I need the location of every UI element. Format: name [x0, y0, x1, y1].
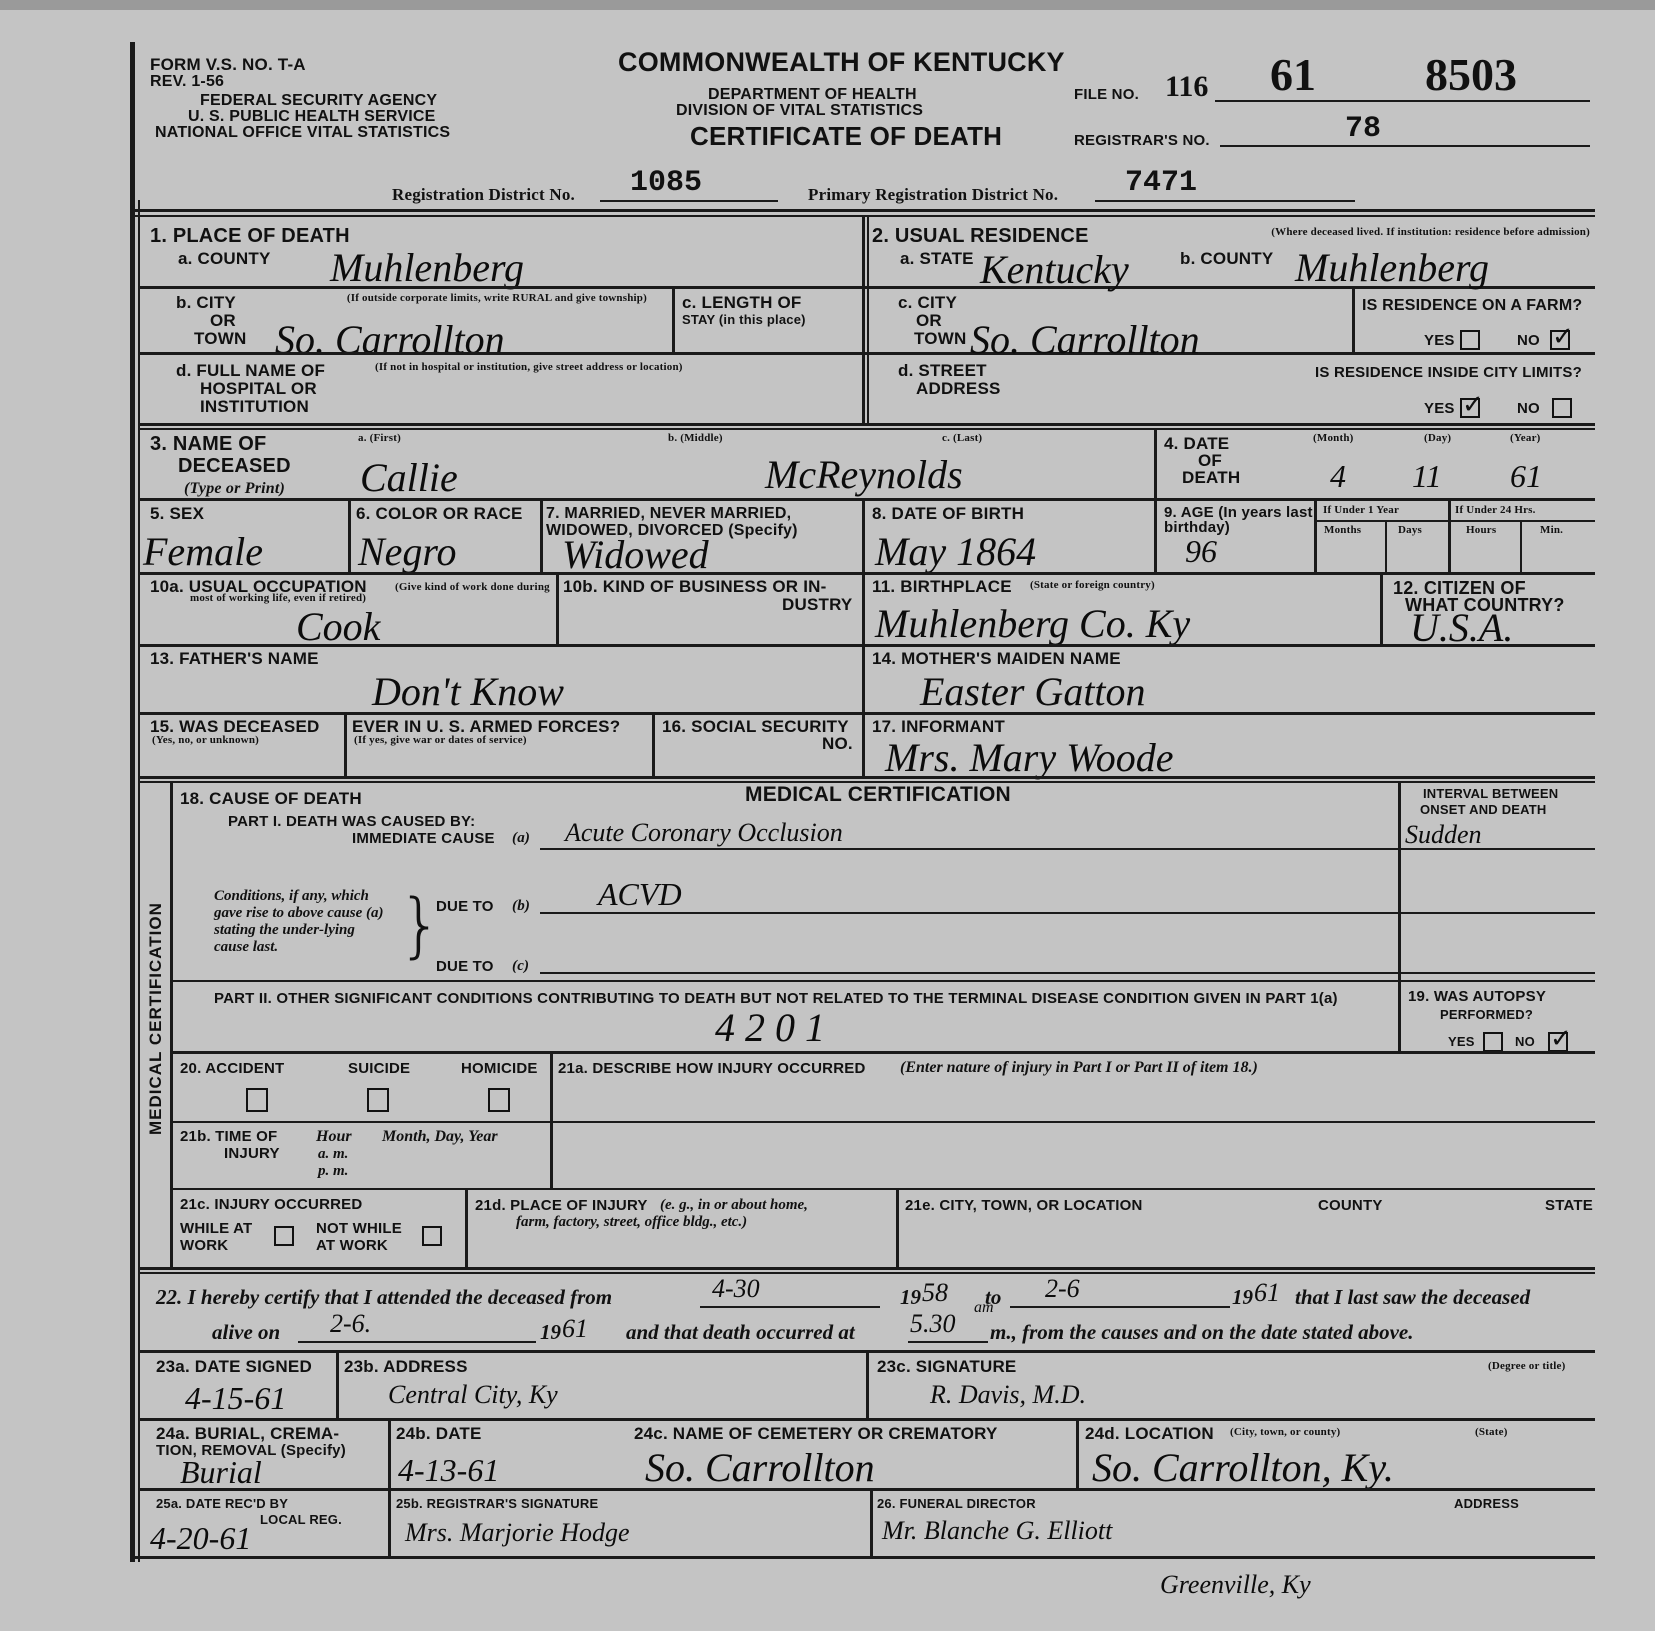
rule — [170, 1121, 1595, 1123]
primary-reg-district-underline — [1095, 200, 1355, 202]
informant-label: 17. INFORMANT — [872, 718, 1005, 735]
death-time: 5.30 — [910, 1311, 956, 1337]
injury-state-label: STATE — [1545, 1197, 1593, 1214]
attended-to-underline — [1010, 1306, 1230, 1308]
burial-date-label: 24b. DATE — [396, 1425, 482, 1442]
date-received-label-2: LOCAL REG. — [260, 1513, 342, 1526]
injury-occurred-label: 21c. INJURY OCCURRED — [180, 1196, 362, 1213]
marital-status: Widowed — [562, 535, 709, 575]
sex: Female — [143, 532, 263, 572]
registrar-no-label: REGISTRAR'S NO. — [1074, 132, 1210, 149]
year-to-prefix: 19 — [1232, 1285, 1253, 1310]
name-label-3: (Type or Print) — [184, 480, 285, 497]
length-of-stay-label: c. LENGTH OF — [682, 294, 802, 311]
cause-a-underline — [540, 848, 1400, 850]
death-certificate: FORM V.S. NO. T-A REV. 1-56 FEDERAL SECU… — [0, 0, 1655, 1631]
name-label-2: DECEASED — [178, 458, 291, 475]
registrar-signature: Mrs. Marjorie Hodge — [405, 1520, 630, 1546]
residence-note: (Where deceased lived. If institution: r… — [1180, 227, 1590, 238]
under-one-year-label: If Under 1 Year — [1323, 505, 1399, 516]
due-to-c-label: DUE TO — [436, 958, 494, 975]
death-time-underline — [908, 1341, 988, 1343]
date-of-death-label-1: 4. DATE — [1164, 435, 1229, 452]
residence-city-town: TOWN — [914, 330, 966, 347]
rule — [672, 286, 675, 352]
birthplace: Muhlenberg Co. Ky — [875, 604, 1190, 644]
cemetery-label: 24c. NAME OF CEMETERY OR CREMATORY — [634, 1425, 998, 1442]
reg-district: 1085 — [630, 166, 702, 200]
city-town-label: TOWN — [194, 330, 246, 347]
agency-line-2: U. S. PUBLIC HEALTH SERVICE — [188, 108, 436, 125]
agency-line-3: NATIONAL OFFICE VITAL STATISTICS — [155, 124, 450, 141]
suicide-checkbox[interactable] — [367, 1088, 389, 1112]
file-no-prefix: 116 — [1165, 70, 1208, 104]
rule — [138, 428, 1595, 430]
hour-label: Hour — [316, 1128, 352, 1146]
last-seen-date: 2-6. — [330, 1311, 371, 1337]
cert-line-2a: alive on — [212, 1320, 280, 1345]
cert-line-1b: that I last saw the deceased — [1295, 1285, 1530, 1310]
mother-label: 14. MOTHER'S MAIDEN NAME — [872, 650, 1121, 667]
ssn-label-1: 16. SOCIAL SECURITY — [662, 718, 849, 735]
time-of-injury-label-1: 21b. TIME OF — [180, 1128, 277, 1145]
last-seen-year: 61 — [562, 1316, 588, 1342]
cause-b-underline — [540, 912, 1595, 914]
month-day-year-label: Month, Day, Year — [382, 1128, 498, 1146]
not-while-work-label-1: NOT WHILE — [316, 1220, 402, 1237]
farm-no-label: NO — [1517, 332, 1540, 349]
cert-line-2c: m., from the causes and on the date stat… — [990, 1320, 1414, 1345]
autopsy-label-1: 19. WAS AUTOPSY — [1408, 990, 1546, 1003]
city-label: b. CITY — [176, 294, 236, 311]
rule — [862, 215, 865, 423]
rule — [138, 498, 1595, 501]
usual-residence-label: 2. USUAL RESIDENCE — [872, 228, 1089, 245]
middle-name-label: b. (Middle) — [668, 433, 723, 444]
registrar-signature-label: 25b. REGISTRAR'S SIGNATURE — [396, 1497, 598, 1510]
interval-label-1: INTERVAL BETWEEN — [1423, 787, 1558, 800]
cause-a-label: (a) — [512, 830, 530, 847]
immediate-cause-label: IMMEDIATE CAUSE — [352, 830, 495, 847]
rule — [138, 644, 1595, 647]
primary-reg-district: 7471 — [1125, 166, 1197, 200]
rule — [1314, 520, 1595, 522]
suicide-label: SUICIDE — [348, 1060, 410, 1077]
autopsy-label-2: PERFORMED? — [1440, 1008, 1533, 1021]
rule — [138, 712, 1595, 715]
interval: Sudden — [1405, 822, 1482, 848]
file-no-number: 8503 — [1425, 48, 1517, 101]
city-note: (If outside corporate limits, write RURA… — [262, 293, 647, 304]
father-name: Don't Know — [372, 672, 564, 712]
form-bottom-border — [135, 1556, 1595, 1559]
agency-line-1: FEDERAL SECURITY AGENCY — [200, 92, 437, 109]
birthplace-label: 11. BIRTHPLACE — [872, 578, 1012, 595]
rule — [1398, 848, 1595, 850]
place-of-injury-note-1: (e. g., in or about home, — [660, 1197, 808, 1214]
rule — [170, 1188, 1595, 1190]
rule — [135, 215, 1595, 217]
rule — [550, 1051, 553, 1188]
signature-label: 23c. SIGNATURE — [877, 1358, 1016, 1375]
rule — [870, 1488, 873, 1558]
rule — [138, 1418, 1595, 1421]
city-limits-question: IS RESIDENCE INSIDE CITY LIMITS? — [1315, 364, 1582, 381]
location-note: (City, town, or county) — [1230, 1427, 1340, 1438]
citizenship: U.S.A. — [1410, 608, 1513, 648]
rule — [170, 1051, 1595, 1054]
disposition-label-1: 24a. BURIAL, CREMA- — [156, 1425, 339, 1442]
race-label: 6. COLOR OR RACE — [356, 505, 523, 522]
place-of-death-label: 1. PLACE OF DEATH — [150, 228, 350, 245]
cert-line-1a: 22. I hereby certify that I attended the… — [156, 1285, 612, 1310]
dob-label: 8. DATE OF BIRTH — [872, 505, 1024, 522]
last-seen-year-prefix: 19 — [540, 1320, 561, 1345]
under-24-hours-label: If Under 24 Hrs. — [1455, 505, 1536, 516]
rule — [1520, 520, 1522, 572]
rule — [652, 712, 655, 776]
cause-c-underline — [540, 972, 1595, 974]
birthplace-note: (State or foreign country) — [1030, 580, 1155, 591]
funeral-director: Mr. Blanche G. Elliott — [882, 1518, 1112, 1544]
not-while-work-label-2: AT WORK — [316, 1237, 388, 1254]
rule — [540, 498, 543, 572]
cause-c-label: (c) — [512, 958, 529, 975]
reg-district-underline — [600, 200, 778, 202]
file-no-year: 61 — [1270, 48, 1316, 101]
occupation: Cook — [296, 607, 380, 647]
armed-label-1: 15. WAS DECEASED — [150, 718, 319, 735]
year-from-prefix: 19 — [900, 1285, 921, 1310]
reg-district-label: Registration District No. — [392, 186, 575, 203]
rule — [862, 498, 865, 644]
rule — [896, 1188, 899, 1267]
marital-label-1: 7. MARRIED, NEVER MARRIED, — [546, 505, 791, 522]
injury-how-label: 21a. DESCRIBE HOW INJURY OCCURRED — [558, 1060, 866, 1077]
farm-question: IS RESIDENCE ON A FARM? — [1362, 297, 1582, 314]
autopsy-yes-label: YES — [1448, 1035, 1475, 1048]
while-work-label-1: WHILE AT — [180, 1220, 252, 1237]
year-to: 61 — [1254, 1280, 1280, 1306]
rule — [1352, 286, 1355, 352]
date-of-birth: May 1864 — [875, 532, 1036, 572]
hospital-note: (If not in hospital or institution, give… — [375, 362, 855, 373]
rule — [138, 1488, 1595, 1491]
months-label: Months — [1324, 525, 1361, 536]
immediate-cause: Acute Coronary Occlusion — [565, 820, 843, 846]
ssn-label-2: NO. — [822, 735, 853, 752]
time-of-injury-label-2: INJURY — [224, 1145, 280, 1162]
conditions-note: Conditions, if any, which gave rise to a… — [214, 888, 386, 956]
cert-address: Central City, Ky — [388, 1382, 558, 1408]
year-label: (Year) — [1510, 433, 1541, 444]
min-label: Min. — [1540, 525, 1563, 536]
rule — [1076, 1418, 1079, 1488]
injury-how-note: (Enter nature of injury in Part I or Par… — [900, 1059, 1258, 1077]
hospital-label-3: INSTITUTION — [200, 398, 309, 415]
days-label: Days — [1398, 525, 1422, 536]
street-label-2: ADDRESS — [916, 380, 1001, 397]
last-seen-underline — [298, 1341, 536, 1343]
funeral-address: Greenville, Ky — [1160, 1572, 1311, 1598]
while-at-work-checkbox[interactable] — [274, 1226, 294, 1246]
residence-state: Kentucky — [980, 250, 1129, 290]
hospital-label-1: d. FULL NAME OF — [176, 362, 325, 379]
residence-city-label: c. CITY — [898, 294, 957, 311]
cemetery: So. Carrollton — [645, 1448, 875, 1488]
rule — [135, 209, 1595, 212]
last-name-label: c. (Last) — [942, 433, 982, 444]
residence-city: So. Carrollton — [970, 320, 1200, 360]
accident-checkbox[interactable] — [246, 1088, 268, 1112]
mother-maiden-name: Easter Gatton — [920, 672, 1146, 712]
first-name-label: a. (First) — [358, 433, 401, 444]
day-label: (Day) — [1424, 433, 1451, 444]
residence-county-label: b. COUNTY — [1180, 250, 1273, 267]
rule — [862, 644, 865, 776]
date-signed: 4-15-61 — [185, 1382, 286, 1414]
residence-city-or: OR — [916, 312, 942, 329]
rule — [138, 572, 1595, 575]
injury-city-label: 21e. CITY, TOWN, OR LOCATION — [905, 1197, 1143, 1214]
hours-label: Hours — [1466, 525, 1496, 536]
medical-certification-heading: MEDICAL CERTIFICATION — [745, 786, 1011, 803]
attended-from: 4-30 — [712, 1276, 760, 1302]
form-number: FORM V.S. NO. T-A — [150, 56, 306, 73]
disposition: Burial — [180, 1456, 262, 1488]
farm-no-checkbox[interactable] — [1550, 330, 1570, 350]
burial-date: 4-13-61 — [398, 1454, 499, 1486]
while-work-label-2: WORK — [180, 1237, 228, 1254]
death-day: 11 — [1412, 460, 1442, 492]
city-or-label: OR — [210, 312, 236, 329]
cause-of-death-label: 18. CAUSE OF DEATH — [180, 790, 362, 807]
primary-reg-district-label: Primary Registration District No. — [808, 186, 1058, 203]
death-year: 61 — [1510, 460, 1542, 492]
physician-signature: R. Davis, M.D. — [930, 1382, 1086, 1408]
rule — [138, 1267, 1595, 1270]
due-to-b-label: DUE TO — [436, 898, 494, 915]
city-limits-no-label: NO — [1517, 400, 1540, 417]
city-limits-yes-label: YES — [1424, 400, 1455, 417]
sex-label: 5. SEX — [150, 505, 204, 522]
rule — [170, 980, 1595, 982]
street-label-1: d. STREET — [898, 362, 987, 379]
city-limits-no-checkbox[interactable] — [1552, 398, 1572, 418]
rule — [138, 423, 1595, 426]
cert-line-2b: and that death occurred at — [626, 1320, 855, 1345]
department: DEPARTMENT OF HEALTH — [708, 86, 917, 103]
rule — [1314, 498, 1317, 572]
homicide-label: HOMICIDE — [461, 1060, 538, 1077]
residence-county: Muhlenberg — [1295, 248, 1489, 288]
hospital-label-2: HOSPITAL OR — [200, 380, 317, 397]
autopsy-no-checkbox[interactable] — [1548, 1032, 1568, 1052]
date-of-death-label-3: DEATH — [1182, 469, 1240, 486]
state-name: COMMONWEALTH OF KENTUCKY — [618, 48, 1065, 76]
rule — [465, 1188, 468, 1267]
form-left-border — [130, 42, 135, 1562]
city-limits-yes-checkbox[interactable] — [1460, 398, 1480, 418]
document-title: CERTIFICATE OF DEATH — [690, 122, 1002, 150]
cert-address-label: 23b. ADDRESS — [344, 1358, 468, 1375]
rule — [866, 1350, 869, 1418]
year-from: 58 — [922, 1280, 948, 1306]
rule — [138, 1272, 1595, 1274]
not-while-at-work-checkbox[interactable] — [422, 1226, 442, 1246]
pm-label: p. m. — [318, 1163, 348, 1180]
injury-county-label: COUNTY — [1318, 1197, 1383, 1214]
age: 96 — [1185, 535, 1217, 567]
occupation-note: (Give kind of work done during most of w… — [190, 582, 550, 604]
rule — [344, 712, 347, 776]
rule — [170, 781, 173, 1267]
attended-to: 2-6 — [1045, 1276, 1080, 1302]
cause-b-label: (b) — [512, 898, 530, 915]
informant: Mrs. Mary Woode — [885, 738, 1174, 778]
funeral-address-label: ADDRESS — [1454, 1497, 1519, 1510]
month-label: (Month) — [1313, 433, 1354, 444]
part-1-label: PART I. DEATH WAS CAUSED BY: — [228, 813, 475, 830]
date-received-label-1: 25a. DATE REC'D BY — [156, 1497, 288, 1510]
homicide-checkbox[interactable] — [488, 1088, 510, 1112]
rule — [1398, 781, 1401, 1051]
death-county: Muhlenberg — [330, 248, 524, 288]
rule — [556, 572, 559, 644]
rule — [336, 1350, 339, 1418]
date-received: 4-20-61 — [150, 1522, 251, 1554]
rule — [348, 498, 351, 572]
residence-state-label: a. STATE — [900, 250, 974, 267]
death-am-pm: am — [974, 1300, 994, 1316]
location-state-note: (State) — [1475, 1427, 1508, 1438]
age-label: 9. AGE (In years last birthday) — [1164, 505, 1316, 535]
rule — [867, 215, 869, 423]
date-signed-label: 23a. DATE SIGNED — [156, 1358, 312, 1375]
form-left-inner-border — [138, 200, 140, 1562]
rule — [1385, 520, 1387, 572]
am-label: a. m. — [318, 1146, 348, 1163]
date-of-death-label-2: OF — [1198, 452, 1222, 469]
armed-note-1: (Yes, no, or unknown) — [152, 735, 259, 746]
farm-yes-checkbox[interactable] — [1460, 330, 1480, 350]
name-label-1: 3. NAME OF — [150, 436, 266, 453]
rule — [138, 776, 1595, 779]
attended-from-underline — [700, 1306, 880, 1308]
death-month: 4 — [1330, 460, 1346, 492]
scan-edge — [0, 0, 1655, 10]
autopsy-yes-checkbox[interactable] — [1483, 1032, 1503, 1052]
place-of-injury-label: 21d. PLACE OF INJURY — [475, 1197, 648, 1214]
farm-yes-label: YES — [1424, 332, 1455, 349]
business-label-2: DUSTRY — [782, 596, 852, 613]
due-to-b: ACVD — [598, 878, 682, 910]
form-revision: REV. 1-56 — [150, 73, 224, 90]
armed-label-2: EVER IN U. S. ARMED FORCES? — [352, 718, 620, 735]
division: DIVISION OF VITAL STATISTICS — [676, 102, 923, 119]
place-of-injury-note-2: farm, factory, street, office bldg., etc… — [516, 1214, 747, 1231]
degree-label: (Degree or title) — [1488, 1361, 1566, 1372]
burial-location: So. Carrollton, Ky. — [1092, 1448, 1394, 1488]
business-label-1: 10b. KIND OF BUSINESS OR IN- — [563, 578, 826, 595]
county-label: a. COUNTY — [178, 250, 270, 267]
registrar-no: 78 — [1345, 112, 1381, 146]
funeral-director-label: 26. FUNERAL DIRECTOR — [877, 1497, 1036, 1510]
autopsy-no-label: NO — [1515, 1035, 1535, 1048]
length-of-stay-label-2: STAY (in this place) — [682, 313, 806, 326]
race: Negro — [358, 532, 457, 572]
accident-label: 20. ACCIDENT — [180, 1060, 284, 1077]
part-2-conditions: 4201 — [715, 1008, 835, 1048]
rule — [1448, 498, 1451, 572]
first-name: Callie — [360, 458, 458, 498]
medical-certification-side-label: MEDICAL CERTIFICATION — [146, 902, 166, 1135]
interval-label-2: ONSET AND DEATH — [1420, 803, 1547, 816]
last-name: McReynolds — [765, 455, 963, 495]
location-label: 24d. LOCATION — [1085, 1425, 1214, 1442]
registrar-no-underline — [1220, 145, 1590, 147]
file-no-label: FILE NO. — [1074, 86, 1139, 103]
father-label: 13. FATHER'S NAME — [150, 650, 319, 667]
rule — [1380, 572, 1383, 644]
armed-note-2: (If yes, give war or dates of service) — [354, 735, 527, 746]
